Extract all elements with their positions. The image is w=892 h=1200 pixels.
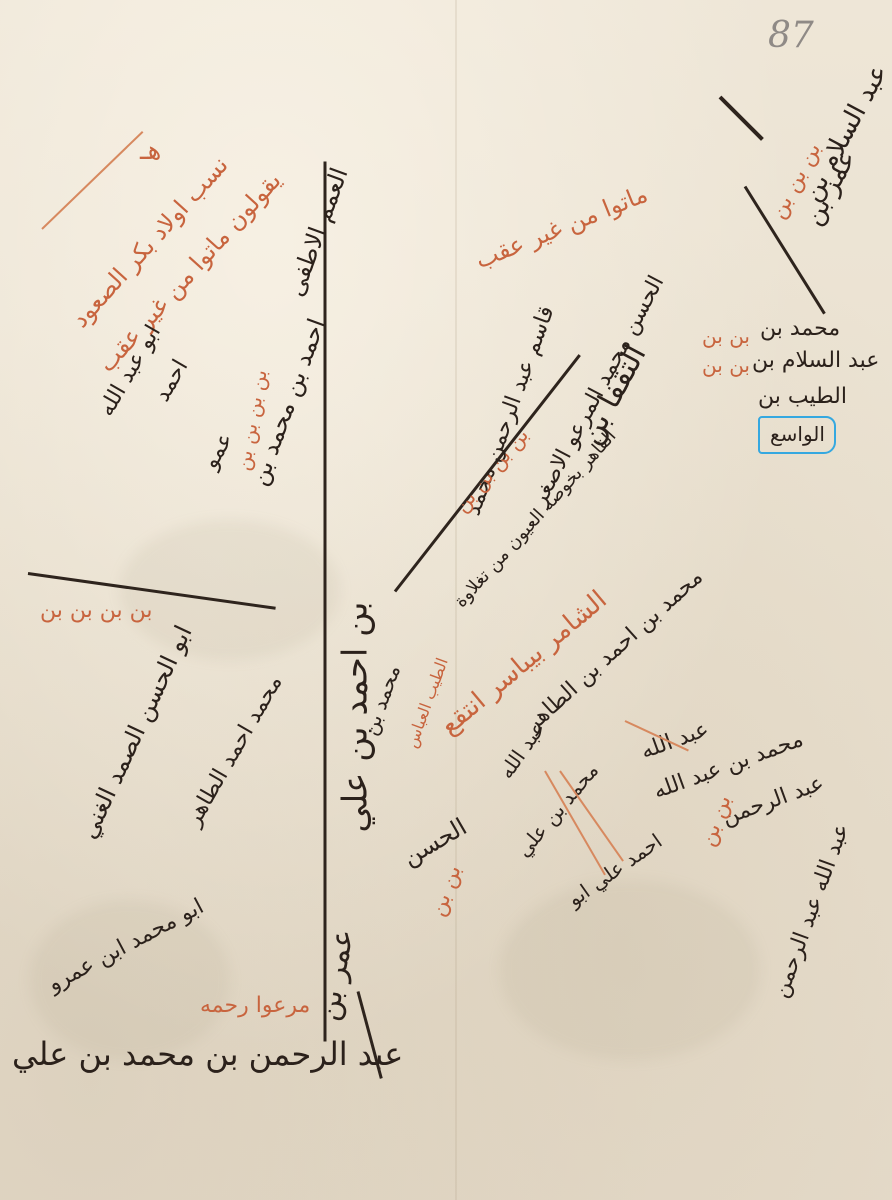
label-left-branch-names: محمد احمد الطاهر <box>183 672 287 830</box>
highlight-box[interactable] <box>758 416 836 454</box>
red-rule-line <box>41 131 143 230</box>
label-trunk-bottom: عمر بن <box>313 927 359 1023</box>
label-left-branch-red: بن بن بن بن <box>40 600 152 622</box>
label-lower-center-1: الحسن <box>399 814 471 869</box>
label-left-column-head: العمم الاطفى <box>283 165 352 300</box>
label-right-mid-2: عبد الله <box>638 719 711 764</box>
label-center-vertical-3: القاهر بخوصه العيون من تغلاوة <box>452 427 620 611</box>
label-right-list-2: عبد السلام بن <box>752 350 879 372</box>
label-top-left-red-mark: هـ <box>140 138 161 164</box>
label-red-bin-column: بن بن بن بن <box>690 322 750 380</box>
label-red-bottom: مرعوا رحمه <box>200 995 310 1017</box>
label-lower-center-red: بن بن <box>427 862 466 919</box>
folio-number: 87 <box>768 18 814 54</box>
label-left-branch-list: ابو الحسن الصمد الغني <box>76 622 196 842</box>
label-center-red-top: ماتوا من غير عقب <box>472 182 651 273</box>
tree-branch-line <box>719 96 764 141</box>
label-right-list-3: الطيب بن <box>758 386 847 408</box>
label-left-names-2: احمد <box>151 356 192 405</box>
label-lower-names: عبد الله عبد الرحمن <box>770 821 853 1001</box>
main-trunk-line <box>324 162 327 1042</box>
label-right-mid-5: عبد الله <box>495 718 548 782</box>
label-bottom-line: عبد الرحمن بن محمد بن علي <box>12 1038 403 1070</box>
manuscript-page: 87 عبد السلام بن عمر بن بن بن بن محمد بن… <box>0 0 892 1200</box>
label-red-small-1: الطيب العباس <box>404 656 451 750</box>
paper-stain <box>500 880 760 1060</box>
label-right-list-head: محمد بن <box>760 318 840 340</box>
